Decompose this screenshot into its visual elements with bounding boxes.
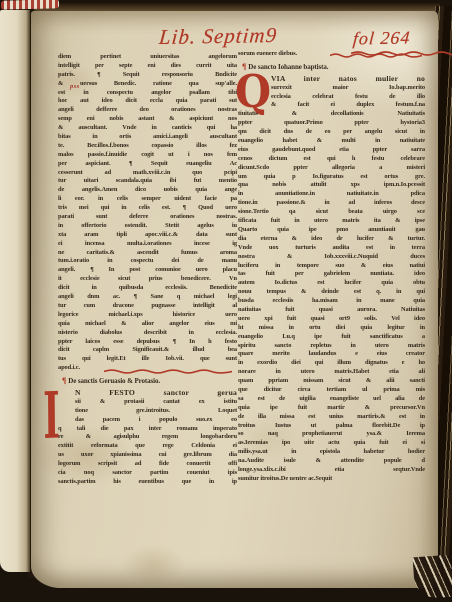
text-line: cenos dictum est qui h festu celebrare <box>238 155 425 164</box>
text-line: ecclesia celebrat festu de illo <box>271 93 425 102</box>
text-line: hoc aut ideo dicit eccla quia parati sut <box>58 97 237 106</box>
text-line: euangelio Lu.q ipe fuit sanctificatus a <box>238 333 425 342</box>
text-line: parati sunt deferre orationes nostras. <box>58 213 237 222</box>
text-line: as.Ieremias ipo uite actu quia fuit ei s… <box>238 439 425 448</box>
text-line: patris. ¶ Sequit responsoriu Bndicite <box>58 71 237 80</box>
pilcrow-icon: ¶ <box>62 376 66 385</box>
text-line: natiuitas fuit quasi aurora. Natiuitas <box>238 306 425 315</box>
text-line: uero xpi fuit quasi ort9 solis. Vel ideo <box>238 315 425 324</box>
text-line: longe.ysa.xlix.c.ibi etia seqtur.Vnde <box>238 466 425 475</box>
text-line: est in conspectu angelor psallam tibi <box>58 89 237 98</box>
text-line: sione.Tertio qa sicut beata uirgo sce <box>238 208 425 217</box>
text-line: tus qui legit.Et ille Iob.vii. que sunt <box>58 355 237 364</box>
text-line: eius gaudebunt.quod etia ppter sarra <box>238 146 425 155</box>
text-line: semp eni nobis astant & aspiciunt nos <box>58 115 237 124</box>
text-line: bitas in ortis amici.i.angeli auscultant <box>58 133 237 142</box>
text-line: Quarto quia ipe pmo anuntiauit gau <box>238 226 425 235</box>
text-column-left: diem pertinet uniuersitas angelorumintel… <box>58 53 237 487</box>
text-line: autem Io.dictus est lucifer quia obtu <box>238 279 425 288</box>
text-line: quia ipe fuit martir & precursor.Vn <box>238 404 425 413</box>
text-line: tum.i.oratio in cospectu dei de manu <box>58 257 237 266</box>
text-column-right: sorum euenere diebus. ¶De sancto Iohanne… <box>238 50 425 484</box>
text-line: luciferu in tempore suo & eius natiui <box>238 262 425 271</box>
left-paragraph-angels: diem pertinet uniuersitas angelorumintel… <box>58 53 237 373</box>
text-line: ei incensa multa.i.orationes incese ig <box>58 240 237 249</box>
text-line: sii & protasii cantat ex istitu <box>75 398 237 407</box>
text-line: angeli defferre deo orationes nostras <box>58 106 237 115</box>
text-line: li eor. in celis semper uident facie pa <box>58 195 237 204</box>
text-line: re & agisulphu regem longobardoru <box>58 433 237 442</box>
text-line: angeli. ¶ In post comunioe uero placu <box>58 266 237 275</box>
text-line: um quia p Io.figuratus est ortus gre. <box>238 173 425 182</box>
right-paragraph-quia-lines: VIA inter natos mulier nosurrexit maior … <box>238 75 425 484</box>
bottom-right-page-stack <box>413 555 452 600</box>
text-line: ht missa in ortu diei quia legitur in <box>238 324 425 333</box>
text-line: in offertorio ostendit. Stetit agelus iu <box>58 222 237 231</box>
red-line-fill-flourish <box>330 52 422 59</box>
text-line: troitus Iustus ut palma florebit.De ip <box>238 422 425 431</box>
text-line: it ecclesie sicut prius benedicere. Vn <box>58 275 237 284</box>
text-line: in exordio diei qui illum dignatus e ho <box>238 359 425 368</box>
text-line: nouu tempus & deinde est q. in qui <box>238 288 425 297</box>
text-line: quia michael & alior angelor eius mi <box>58 320 237 329</box>
text-line: malos passio.f.inuidie cogit ut i nos fe… <box>58 151 237 160</box>
text-line: dicunt.Scdo ppter allegoria a misteri <box>238 164 425 173</box>
text-line: tione.in passione.& in ad inferos desce <box>238 199 425 208</box>
text-line: N FESTO sanctor gerua <box>75 389 237 398</box>
chapter-heading-gervasius: ¶De sanctis Geruasio & Protasio. <box>62 377 237 386</box>
red-line-fill-flourish <box>104 368 232 375</box>
text-line: ppter quatuor.Primo ppter hystoria3 <box>238 119 425 128</box>
text-line: na.Audite isule & attendite popule d <box>238 457 425 466</box>
text-line: in anuntiatione.in natiuitate.in pdica <box>238 190 425 199</box>
text-line: nostra & Iob.xxxviii.c.Nuquid duces <box>238 253 425 262</box>
text-line: logorum scripsit ad fide conuertit offi <box>58 460 237 469</box>
text-line: so naq prophetiauerut ysa.& Ierema <box>238 430 425 439</box>
text-line: extitit reformata que rege Celdonia ei <box>58 442 237 451</box>
manuscript-page: Lib. Septim9 fol 264 pss diem pertinet u… <box>31 11 438 588</box>
text-line: spiritu sancto repletus in utero matris <box>238 342 425 351</box>
text-line: de illa missa est unius martiris.& est i… <box>238 413 425 422</box>
text-line: quam ppriam missam sicut & alii sancti <box>238 377 425 386</box>
text-line: de angelis.Amen dico uobis quia ange <box>58 186 237 195</box>
text-line: sanctis.partim his euentibus que in ip <box>58 478 237 487</box>
text-line: diem pertinet uniuersitas angelorum <box>58 53 237 62</box>
text-line: tificata fuit in utero matris ita & ipse <box>238 217 425 226</box>
text-line: ppter laicos esse depulsus ¶ In h festo <box>58 338 237 347</box>
text-line: tris mei qui in celis est. ¶ Quod uero <box>58 204 237 213</box>
text-line: Vnde uox turturis audita est in terra <box>238 244 425 253</box>
text-line: das pacem i populo suo.ex eo <box>75 416 237 425</box>
text-line: nisterio diabolus describit in ecclesia. <box>58 329 237 338</box>
text-line: ne caritatis.& ascendit fumus aroma <box>58 249 237 258</box>
text-line: angeli dnm ac. ¶ Sane q michael legi <box>58 293 237 302</box>
text-line: tur uitari scandala.quia ibi fut mentio <box>58 177 237 186</box>
text-line: VIA inter natos mulier no <box>271 75 425 84</box>
folio-number: fol 264 <box>352 27 411 49</box>
text-line: busda ecclesiis ha.misam in mane quia <box>238 297 425 306</box>
left-paragraph-infesto: I N FESTO sanctor geruasii & protasii ca… <box>58 389 237 487</box>
text-line: dicit in quibusda ecclesiis. Benedicite <box>58 284 237 293</box>
text-line: euangelio habet & multi in natiuitate <box>238 137 425 146</box>
text-line: xta aram tipli apoc.viii.c.& data sunt <box>58 231 237 240</box>
text-line: intelligit per septe eni dies currit uit… <box>58 62 237 71</box>
text-line: tur cum dracone pugnasse intelligit al <box>58 302 237 311</box>
text-line: tione gre.introitus. Loquet <box>75 407 237 416</box>
scanned-book-photo: Lib. Septim9 fol 264 pss diem pertinet u… <box>0 0 452 602</box>
text-line: milis.ysa.ut in epistola habetur hodier <box>238 448 425 457</box>
text-line: per aspiciant. ¶ Sequit euangeliu Ac <box>58 160 237 169</box>
text-line: quare merito laudandus e eius creator <box>238 350 425 359</box>
text-line: legorice michael.i.xps historice uero <box>58 311 237 320</box>
text-line: dia eterna & ideo dr lucifer & turtur. <box>238 235 425 244</box>
chapter-heading-text: De sanctis Geruasio & Protasio. <box>68 377 160 385</box>
text-line: q tali die pax inter romanu imperato <box>58 425 237 434</box>
text-line: qua nobis attulit xps ipm.n.Io.pcessit <box>238 181 425 190</box>
text-line: cesserunt ad math.xviii.c.in quo pcipi <box>58 169 237 178</box>
text-line: que dicitur circa tertiam ul prima mis <box>238 386 425 395</box>
text-line: cia noq sanctor partim coueniut ipis <box>58 469 237 478</box>
text-line: sa est de uigilia euangeliste uel alia d… <box>238 395 425 404</box>
text-line: & facit ei duplex festum.f.na <box>271 101 425 110</box>
text-line: tas fuit per gabrielem nuntiata. ideo <box>238 270 425 279</box>
text-line: & uersus Benedic. ratione qua sup'alle. <box>58 80 237 89</box>
running-header-book-title: Lib. Septim9 <box>158 23 278 50</box>
text-line: te. Ber.illos.f.bonos copassio illos fez <box>58 142 237 151</box>
text-line: sumitur itroitus.De uentre ac.Sequit <box>238 475 425 484</box>
text-line: us uxor xpianissima cui gre.librum dia <box>58 451 237 460</box>
text-line: norare in utero matris.Habet etia ali <box>238 368 425 377</box>
left-paragraph-infesto-lines: N FESTO sanctor geruasii & protasii cant… <box>58 389 237 487</box>
text-line: qm dicit dns de eo per angelu sicut in <box>238 128 425 137</box>
text-line: surrexit maior Io.bap.merito <box>271 84 425 93</box>
endband-stripes <box>1 0 59 10</box>
drop-initial-I: I <box>43 384 60 449</box>
right-paragraph-quia: Q VIA inter natos mulier nosurrexit maio… <box>238 75 425 484</box>
text-line: dicit caplm Significauit.& illud bea <box>58 346 237 355</box>
text-line: & auscultant. Vnde in canticis qui ha <box>58 124 237 133</box>
drop-initial-Q: Q <box>235 73 271 111</box>
